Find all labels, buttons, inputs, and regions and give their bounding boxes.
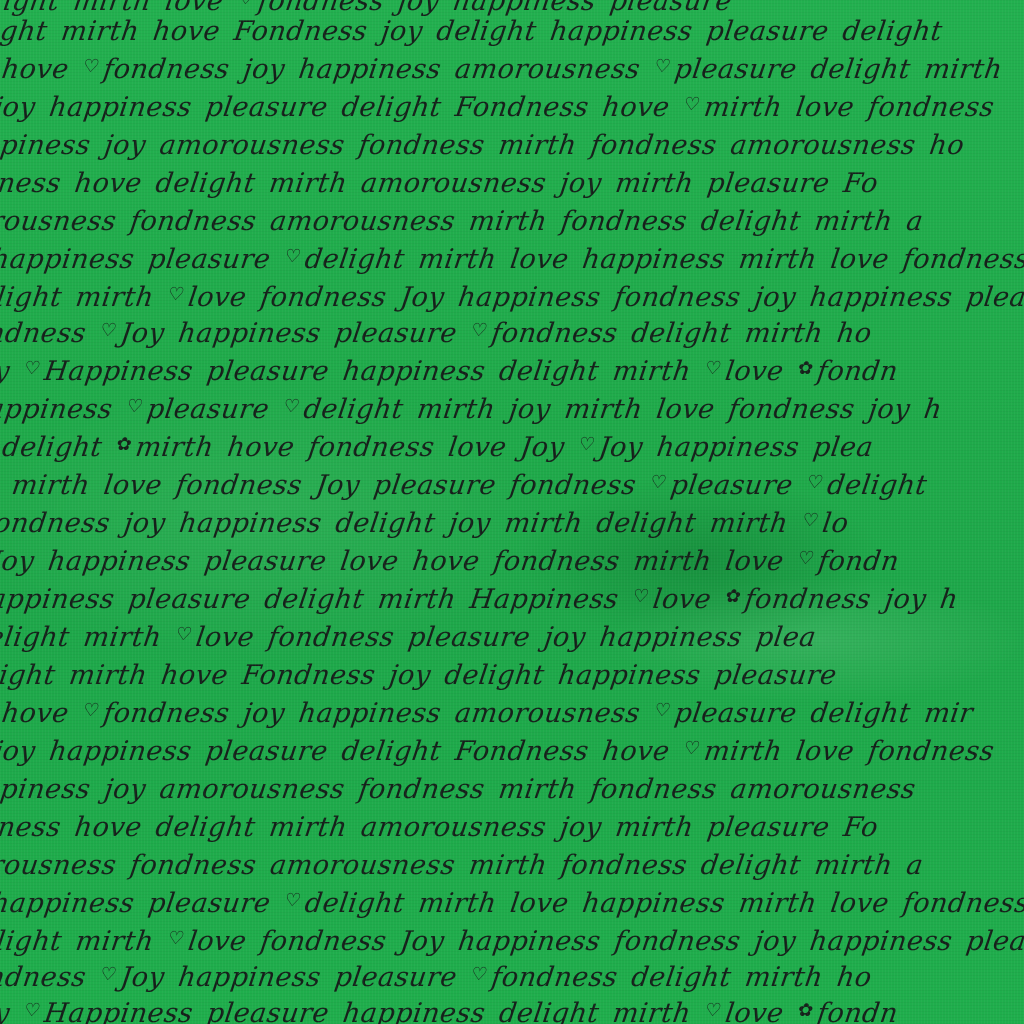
handwritten-word: mirth — [376, 584, 458, 615]
handwritten-word: fondness — [901, 888, 1024, 919]
handwritten-word: happiness — [808, 926, 955, 957]
handwritten-word: hove — [73, 812, 144, 843]
handwritten-word: mirth — [67, 660, 149, 691]
handwritten-word: amorousness — [268, 850, 457, 881]
handwritten-word: mirth — [922, 54, 1004, 85]
handwritten-word: delight — [302, 394, 406, 425]
handwritten-word: fondness — [101, 54, 231, 85]
handwritten-word: hove — [225, 432, 296, 463]
handwritten-word: delight — [262, 584, 366, 615]
handwritten-word: mirth — [74, 282, 156, 313]
heart-icon: ♡ — [653, 700, 673, 721]
handwritten-word: ho — [927, 130, 966, 161]
heart-icon: ♡ — [704, 1000, 724, 1021]
handwritten-word: love — [446, 432, 508, 463]
handwritten-word: hove — [411, 546, 482, 577]
handwritten-word: Fondness — [453, 736, 591, 767]
text-row: sJoyhappinesspleasurelovehovefondnessmir… — [0, 546, 915, 577]
handwritten-word: fondness — [866, 92, 996, 123]
heart-icon: ♡ — [470, 964, 490, 985]
handwritten-word: a — [904, 206, 925, 237]
handwritten-word: fondness — [612, 282, 742, 313]
handwritten-word: happiness — [47, 736, 194, 767]
text-row: mirthlovefondnessJoypleasurefondness♡ple… — [10, 470, 943, 501]
heart-icon: ♡ — [653, 56, 673, 77]
text-row: dnesshovedelightmirthamorousnessjoymirth… — [0, 168, 894, 199]
handwritten-word: delight — [825, 470, 929, 501]
heart-icon: ♡ — [704, 358, 724, 379]
handwritten-word: amorousness — [359, 168, 548, 199]
handwritten-word: dness — [0, 812, 63, 843]
heart-icon: ♡ — [125, 396, 145, 417]
handwritten-word: happiness — [341, 998, 488, 1024]
handwritten-word: mirth — [743, 318, 825, 349]
heart-icon: ♡ — [167, 928, 187, 949]
handwritten-word: happiness — [808, 282, 955, 313]
text-row: orousnessfondnessamorousnessmirthfondnes… — [0, 850, 939, 881]
handwritten-word: h — [922, 394, 944, 425]
heart-icon: ♡ — [577, 434, 597, 455]
handwritten-word: fondness — [0, 508, 112, 539]
handwritten-word: joy — [379, 16, 425, 47]
handwritten-word: pleasure — [673, 54, 799, 85]
handwritten-word: fondness — [258, 282, 388, 313]
handwritten-word: fondness — [128, 850, 258, 881]
handwritten-word: mirth — [813, 206, 895, 237]
handwritten-word: delight — [699, 850, 803, 881]
handwritten-word: fondness — [588, 130, 718, 161]
text-row: joyhappinesspleasuredelightFondnesshove♡… — [0, 92, 1010, 123]
text-row: Joy♡Happinesspleasurehappinessdelightmir… — [0, 356, 914, 387]
handwritten-word: joy — [866, 394, 912, 425]
handwritten-word: amorousness — [158, 774, 347, 805]
handwritten-word: mirth — [562, 394, 644, 425]
handwritten-word: delight — [809, 54, 913, 85]
handwritten-word: pleasure — [146, 244, 272, 275]
handwritten-word: pleasure — [712, 660, 838, 691]
handwritten-word: mirth — [467, 206, 549, 237]
text-row: elightmirth♡lovefondnessJoyhappinessfond… — [0, 926, 1024, 957]
handwritten-word: amorousness — [453, 698, 642, 729]
handwritten-word: mirth — [611, 998, 693, 1024]
handwritten-word: delight — [841, 16, 945, 47]
text-row: appinessjoyamorousnessfondnessmirthfondn… — [0, 774, 932, 805]
handwritten-word: hove — [159, 660, 230, 691]
handwritten-word: delight — [0, 622, 72, 653]
handwritten-word: fondness — [559, 850, 689, 881]
handwritten-word: happiness — [176, 962, 323, 993]
handwritten-word: mirth — [502, 508, 584, 539]
handwritten-word: Happiness — [42, 356, 195, 387]
handwritten-word: love — [829, 244, 891, 275]
handwritten-word: fondn — [815, 356, 900, 387]
heart-icon: ♡ — [682, 738, 702, 759]
handwritten-word: mirth — [416, 244, 498, 275]
text-row: happinesspleasure♡delightmirthlovehappin… — [0, 888, 1024, 919]
handwritten-word: joy — [396, 0, 442, 17]
handwritten-word: fondness — [508, 470, 638, 501]
handwritten-word: pleasure — [964, 926, 1024, 957]
flower-icon: ✿ — [724, 586, 743, 607]
handwritten-word: fondness — [866, 736, 996, 767]
text-row: edelight✿mirthhovefondnessloveJoy♡Joyhap… — [0, 432, 889, 463]
handwritten-word: delight — [594, 508, 698, 539]
handwritten-word: fondness — [174, 470, 304, 501]
handwritten-word: happiness — [177, 508, 324, 539]
handwritten-word: amorousness — [158, 130, 347, 161]
handwritten-word: happiness — [456, 926, 603, 957]
handwritten-word: orousness — [0, 850, 118, 881]
handwritten-word: hove — [151, 16, 222, 47]
handwritten-word: happiness — [0, 244, 136, 275]
heart-icon: ♡ — [649, 472, 669, 493]
handwritten-word: Happiness — [42, 998, 195, 1024]
handwritten-word: pleasure — [202, 546, 328, 577]
handwritten-word: fondness — [743, 584, 873, 615]
heart-icon: ♡ — [167, 284, 187, 305]
flower-icon: ✿ — [796, 358, 815, 379]
heart-icon: ♡ — [631, 586, 651, 607]
handwritten-word: joy — [102, 774, 148, 805]
handwritten-word: joy — [241, 698, 287, 729]
handwritten-word: love — [186, 926, 248, 957]
handwritten-word: pleasure — [146, 888, 272, 919]
handwritten-word: dness — [0, 168, 63, 199]
handwritten-word: fondness — [128, 206, 258, 237]
text-row: fondnessjoyhappinessdelightjoymirthdelig… — [0, 508, 865, 539]
handwritten-word: pleasure — [126, 584, 252, 615]
heart-icon: ♡ — [237, 0, 257, 9]
heart-icon: ♡ — [806, 472, 826, 493]
handwritten-word: delight — [154, 168, 258, 199]
handwritten-word: plea — [754, 622, 818, 653]
text-row: fondness♡Joyhappinesspleasure♡fondnessde… — [0, 318, 888, 349]
handwritten-word: delight — [303, 244, 407, 275]
text-row: Joy♡Happinesspleasurehappinessdelightmir… — [0, 998, 914, 1024]
text-row: orousnessfondnessamorousnessmirthfondnes… — [0, 206, 939, 237]
text-row: appinesspleasuredelightmirthHappiness♡lo… — [0, 584, 974, 615]
handwritten-word: delight — [340, 92, 444, 123]
handwritten-word: fondn — [816, 546, 901, 577]
handwritten-word: joy — [0, 92, 38, 123]
handwritten-word: pleasure — [673, 698, 799, 729]
handwritten-word: mirth — [613, 168, 695, 199]
handwritten-word: joy — [0, 736, 38, 767]
handwritten-word: love — [508, 244, 570, 275]
text-row: delightmirthlove♡fondnessjoyhappinessple… — [0, 0, 748, 17]
handwritten-word: fondness — [489, 318, 619, 349]
handwritten-word: happiness — [47, 92, 194, 123]
handwritten-word: mirth — [497, 130, 579, 161]
text-row: lightmirthhoveFondnessjoydelighthappines… — [0, 16, 958, 47]
handwritten-word: pleasure — [205, 998, 331, 1024]
handwritten-word: light — [0, 16, 49, 47]
handwritten-word: happiness — [456, 282, 603, 313]
handwritten-word: pleasure — [372, 470, 498, 501]
handwritten-word: delight — [334, 508, 438, 539]
handwritten-word: mirth — [10, 470, 92, 501]
handwritten-word: fondness — [726, 394, 856, 425]
handwritten-word: fondness — [357, 130, 487, 161]
handwritten-word: mirth — [702, 736, 784, 767]
heart-icon: ♡ — [174, 624, 194, 645]
heart-icon: ♡ — [801, 510, 821, 531]
handwritten-word: delight — [303, 888, 407, 919]
handwritten-word: fondness — [0, 962, 88, 993]
handwritten-word: delight — [629, 962, 733, 993]
handwritten-word: love — [508, 888, 570, 919]
handwritten-word: ho — [835, 318, 874, 349]
handwritten-word: joy — [507, 394, 553, 425]
handwritten-word: mir — [922, 698, 975, 729]
handwritten-word: delight — [809, 698, 913, 729]
handwritten-word: Joy — [0, 546, 36, 577]
handwritten-word: happiness — [580, 888, 727, 919]
handwritten-word: joy — [752, 926, 798, 957]
handwritten-word: Joy — [398, 282, 446, 313]
handwritten-word: joy — [558, 168, 604, 199]
handwritten-word: Joy — [118, 318, 166, 349]
handwritten-word: delight — [0, 0, 62, 17]
handwritten-word: appiness — [0, 394, 115, 425]
handwritten-word: lo — [820, 508, 850, 539]
handwritten-word: Fo — [841, 812, 880, 843]
handwritten-word: love — [794, 92, 856, 123]
handwritten-word: Joy — [314, 470, 362, 501]
handwritten-word: delight — [0, 432, 104, 463]
heart-icon: ♡ — [283, 890, 303, 911]
handwritten-word: pleasure — [608, 0, 734, 17]
text-row: happinesspleasure♡delightmirthlovehappin… — [0, 244, 1024, 275]
handwritten-word: love — [794, 736, 856, 767]
handwritten-word: fondness — [901, 244, 1024, 275]
handwritten-word: happiness — [176, 318, 323, 349]
heart-icon: ♡ — [82, 700, 102, 721]
handwritten-word: elight — [0, 926, 64, 957]
handwritten-word: joy — [241, 54, 287, 85]
text-row: appiness♡pleasure♡delightmirthjoymirthlo… — [0, 394, 958, 425]
text-row: elightmirth♡lovefondnessJoyhappinessfond… — [0, 282, 1024, 313]
handwritten-word: hove — [600, 92, 671, 123]
text-row: dnesshovedelightmirthamorousnessjoymirth… — [0, 812, 894, 843]
handwritten-word: elight — [0, 282, 64, 313]
heart-icon: ♡ — [99, 964, 119, 985]
handwritten-word: fondness — [266, 622, 396, 653]
handwritten-word: pleasure — [205, 356, 331, 387]
handwritten-word: mirth — [702, 92, 784, 123]
text-row: joyhappinesspleasuredelightFondnesshove♡… — [0, 736, 1010, 767]
handwritten-word: joy — [122, 508, 168, 539]
handwritten-word: amorousness — [728, 130, 917, 161]
handwritten-word: pleasure — [333, 318, 459, 349]
handwritten-word: h — [938, 584, 960, 615]
heart-icon: ♡ — [82, 56, 102, 77]
handwritten-word: hove — [73, 168, 144, 199]
handwritten-word: Joy — [518, 432, 566, 463]
handwritten-word: mirth — [737, 888, 819, 919]
handwritten-word: Joy — [597, 432, 645, 463]
handwritten-word: mirth — [613, 812, 695, 843]
handwritten-word: mirth — [497, 774, 579, 805]
handwritten-word: pleasure — [704, 16, 830, 47]
handwritten-word: Joy — [0, 356, 12, 387]
handwritten-word: Joy — [0, 998, 12, 1024]
handwritten-word: mirth — [467, 850, 549, 881]
handwritten-word: joy — [447, 508, 493, 539]
handwritten-word: mirth — [743, 962, 825, 993]
heart-icon: ♡ — [99, 320, 119, 341]
handwritten-word: pleasure — [705, 812, 831, 843]
handwritten-word: happiness — [598, 622, 745, 653]
handwritten-word: Happiness — [468, 584, 621, 615]
handwritten-word: joy — [542, 622, 588, 653]
handwritten-word: love — [654, 394, 716, 425]
handwritten-word: love — [186, 282, 248, 313]
handwritten-word: delight — [154, 812, 258, 843]
handwritten-word: mirth — [74, 926, 156, 957]
handwritten-word: happiness — [297, 698, 444, 729]
handwritten-word: fondness — [357, 774, 487, 805]
handwritten-word: love — [194, 622, 256, 653]
handwritten-word: happiness — [341, 356, 488, 387]
handwritten-word: love — [723, 546, 785, 577]
handwritten-word: fondness — [258, 926, 388, 957]
handwritten-word: delight — [340, 736, 444, 767]
text-row: hhove♡fondnessjoyhappinessamorousness♡pl… — [0, 698, 989, 729]
handwritten-word: mirth — [267, 812, 349, 843]
heart-icon: ♡ — [23, 358, 43, 379]
handwritten-word: delight — [497, 356, 601, 387]
handwritten-word: a — [904, 850, 925, 881]
handwritten-word: mirth — [267, 168, 349, 199]
handwritten-word: mirth — [81, 622, 163, 653]
handwritten-word: fondness — [491, 546, 621, 577]
handwritten-word: hove — [0, 698, 71, 729]
handwritten-word: mirth — [631, 546, 713, 577]
handwritten-word: pleasure — [145, 394, 271, 425]
fabric-photo: delightmirthlove♡fondnessjoyhappinessple… — [0, 0, 1024, 1024]
heart-icon: ♡ — [283, 246, 303, 267]
heart-icon: ♡ — [470, 320, 490, 341]
handwritten-word: pleasure — [964, 282, 1024, 313]
handwritten-word: happiness — [297, 54, 444, 85]
handwritten-word: Fondness — [453, 92, 591, 123]
handwritten-word: pleasure — [333, 962, 459, 993]
handwritten-word: mirth — [415, 394, 497, 425]
handwritten-word: mirth — [708, 508, 790, 539]
handwritten-word: hove — [0, 54, 71, 85]
text-row: hhove♡fondnessjoyhappinessamorousness♡pl… — [0, 54, 1018, 85]
handwritten-word: fondness — [612, 926, 742, 957]
handwritten-word: love — [102, 470, 164, 501]
handwritten-word: appiness — [0, 584, 117, 615]
handwritten-word: delight — [699, 206, 803, 237]
handwritten-word: happiness — [580, 244, 727, 275]
handwritten-word: love — [829, 888, 891, 919]
handwritten-word: pleasure — [668, 470, 794, 501]
handwritten-word: fondn — [815, 998, 900, 1024]
handwritten-word: orousness — [0, 206, 118, 237]
handwritten-word: fondness — [559, 206, 689, 237]
handwritten-word: mirth — [59, 16, 141, 47]
handwritten-word: ho — [835, 962, 874, 993]
handwritten-word: mirth — [737, 244, 819, 275]
handwritten-word: amorousness — [359, 812, 548, 843]
handwritten-word: amorousness — [268, 206, 457, 237]
handwritten-word: love — [651, 584, 713, 615]
handwritten-word: delight — [443, 660, 547, 691]
handwritten-word: joy — [883, 584, 929, 615]
handwritten-word: pleasure — [705, 168, 831, 199]
handwritten-word: Joy — [398, 926, 446, 957]
handwritten-word: love — [723, 356, 785, 387]
handwritten-word: delight — [629, 318, 733, 349]
handwritten-word: pleasure — [203, 736, 329, 767]
handwritten-word: joy — [558, 812, 604, 843]
handwritten-word: happiness — [556, 660, 703, 691]
handwritten-word: hove — [600, 736, 671, 767]
flower-icon: ✿ — [796, 1000, 815, 1021]
handwritten-word: fondness — [256, 0, 386, 17]
handwritten-word: Fondness — [240, 660, 378, 691]
handwritten-word: Fo — [841, 168, 880, 199]
heart-icon: ♡ — [797, 548, 817, 569]
handwritten-word: happiness — [46, 546, 193, 577]
handwritten-word: Joy — [118, 962, 166, 993]
handwritten-word: fondness — [489, 962, 619, 993]
handwritten-word: mirth — [133, 432, 215, 463]
handwritten-word: fondness — [101, 698, 231, 729]
handwritten-word: amorousness — [453, 54, 642, 85]
handwritten-word: joy — [752, 282, 798, 313]
handwritten-word: Fondness — [232, 16, 370, 47]
flower-icon: ✿ — [115, 434, 134, 455]
heart-icon: ♡ — [682, 94, 702, 115]
handwritten-word: pleasure — [406, 622, 532, 653]
handwritten-word: love — [163, 0, 225, 17]
handwritten-word: love — [338, 546, 400, 577]
handwritten-word: mirth — [813, 850, 895, 881]
handwritten-word: plea — [811, 432, 875, 463]
text-row: delightmirth♡lovefondnesspleasurejoyhapp… — [0, 622, 832, 653]
handwritten-word: love — [723, 998, 785, 1024]
handwritten-word: fondness — [0, 318, 88, 349]
handwritten-word: happiness — [655, 432, 802, 463]
handwritten-word: mirth — [611, 356, 693, 387]
handwritten-word: light — [0, 660, 57, 691]
handwritten-word: appiness — [0, 130, 93, 161]
handwritten-word: happiness — [548, 16, 695, 47]
text-row: appinessjoyamorousnessfondnessmirthfondn… — [0, 130, 980, 161]
text-row: lightmirthhoveFondnessjoydelighthappines… — [0, 660, 853, 691]
handwritten-word: delight — [497, 998, 601, 1024]
handwritten-word: happiness — [0, 888, 136, 919]
text-row: fondness♡Joyhappinesspleasure♡fondnessde… — [0, 962, 888, 993]
handwritten-word: amorousness — [728, 774, 917, 805]
handwritten-word: delight — [435, 16, 539, 47]
handwritten-word: mirth — [71, 0, 153, 17]
handwritten-word: mirth — [416, 888, 498, 919]
handwritten-word: joy — [102, 130, 148, 161]
handwritten-word: fondness — [588, 774, 718, 805]
handwritten-word: appiness — [0, 774, 93, 805]
handwritten-word: joy — [387, 660, 433, 691]
heart-icon: ♡ — [282, 396, 302, 417]
handwritten-word: pleasure — [203, 92, 329, 123]
handwritten-word: fondness — [306, 432, 436, 463]
heart-icon: ♡ — [23, 1000, 43, 1021]
handwritten-word: happiness — [451, 0, 598, 17]
